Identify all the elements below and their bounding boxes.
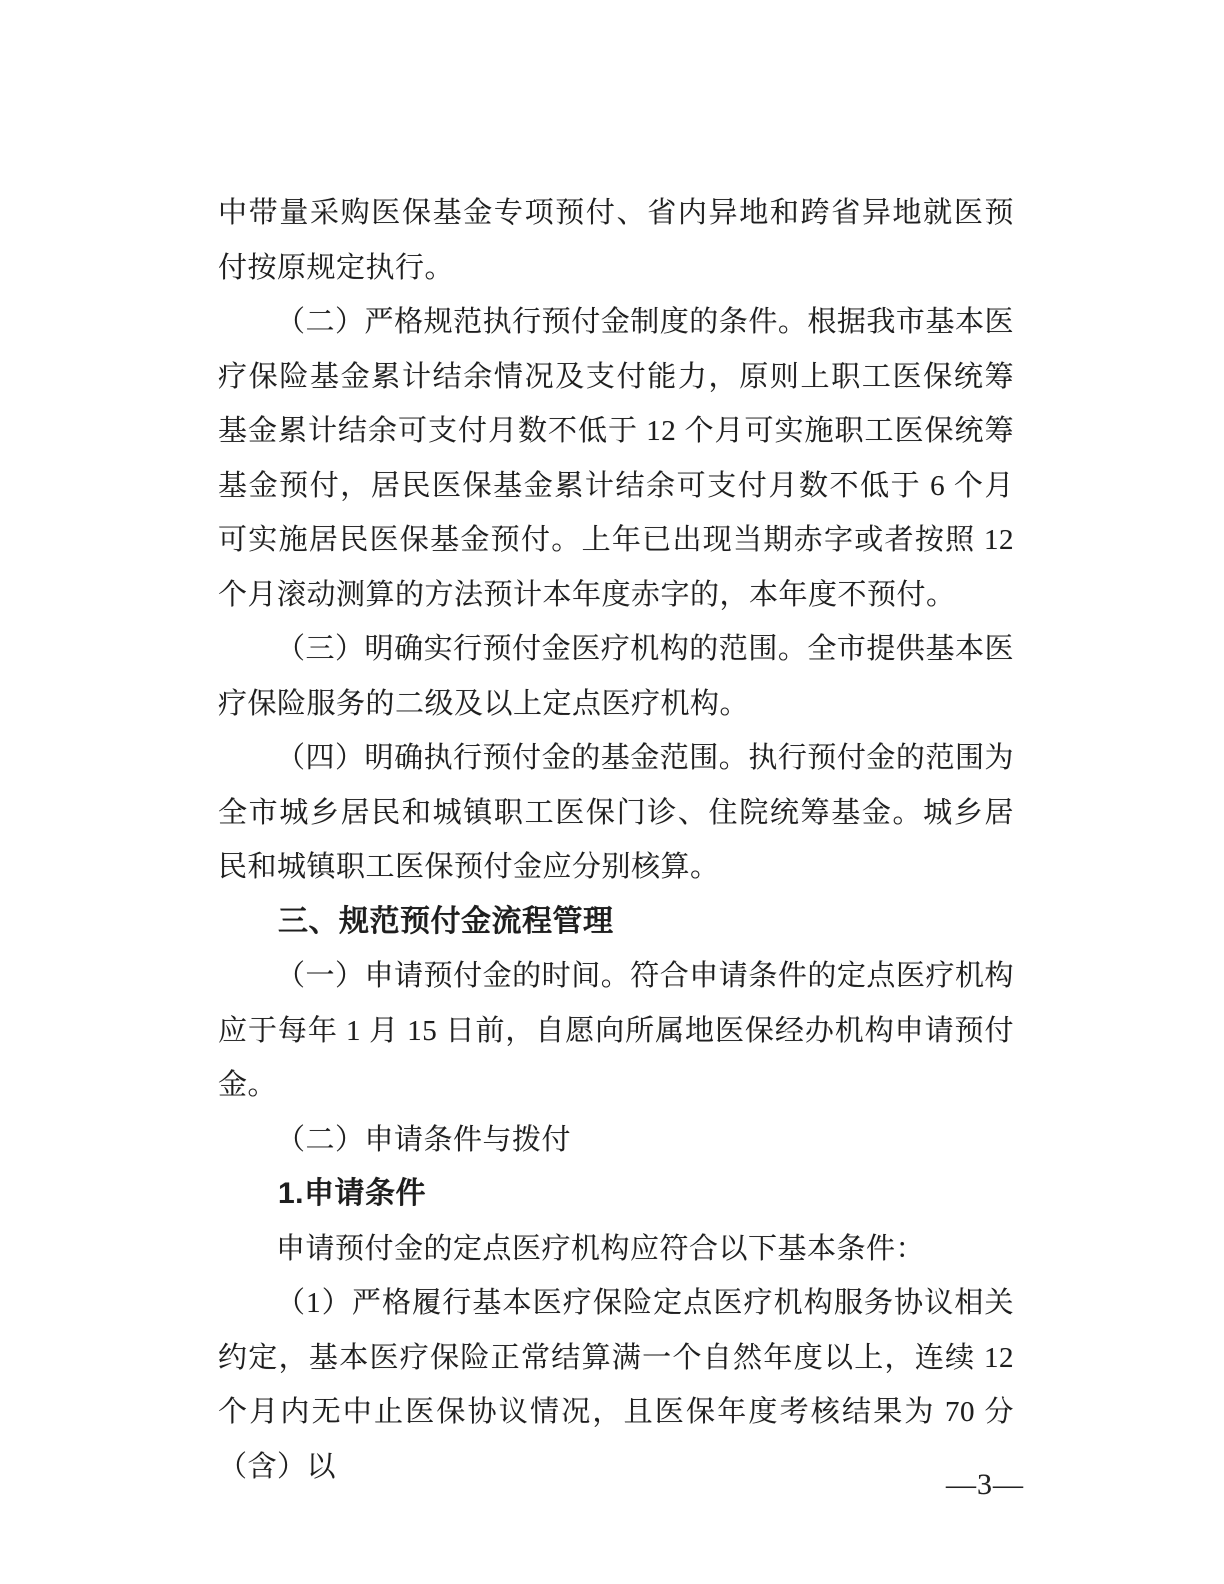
paragraph-item-4: （四）明确执行预付金的基金范围。执行预付金的范围为全市城乡居民和城镇职工医保门诊…: [218, 731, 1014, 895]
paragraph-apply-time: （一）申请预付金的时间。符合申请条件的定点医疗机构应于每年 1 月 15 日前，…: [218, 949, 1014, 1113]
document-page: 中带量采购医保基金专项预付、省内异地和跨省异地就医预付按原规定执行。 （二）严格…: [0, 0, 1224, 1584]
paragraph-item-2: （二）严格规范执行预付金制度的条件。根据我市基本医疗保险基金累计结余情况及支付能…: [218, 295, 1014, 622]
document-body: 中带量采购医保基金专项预付、省内异地和跨省异地就医预付按原规定执行。 （二）严格…: [218, 186, 1014, 1494]
paragraph-apply-conditions-title: （二）申请条件与拨付: [218, 1113, 1014, 1168]
sub-heading-apply-conditions: 1.申请条件: [218, 1167, 1014, 1222]
page-number: —3—: [946, 1468, 1024, 1502]
paragraph-continuation: 中带量采购医保基金专项预付、省内异地和跨省异地就医预付按原规定执行。: [218, 186, 1014, 295]
section-heading-3: 三、规范预付金流程管理: [218, 895, 1014, 950]
paragraph-condition-1: （1）严格履行基本医疗保险定点医疗机构服务协议相关约定，基本医疗保险正常结算满一…: [218, 1276, 1014, 1494]
paragraph-item-3: （三）明确实行预付金医疗机构的范围。全市提供基本医疗保险服务的二级及以上定点医疗…: [218, 622, 1014, 731]
paragraph-conditions-intro: 申请预付金的定点医疗机构应符合以下基本条件：: [218, 1222, 1014, 1277]
